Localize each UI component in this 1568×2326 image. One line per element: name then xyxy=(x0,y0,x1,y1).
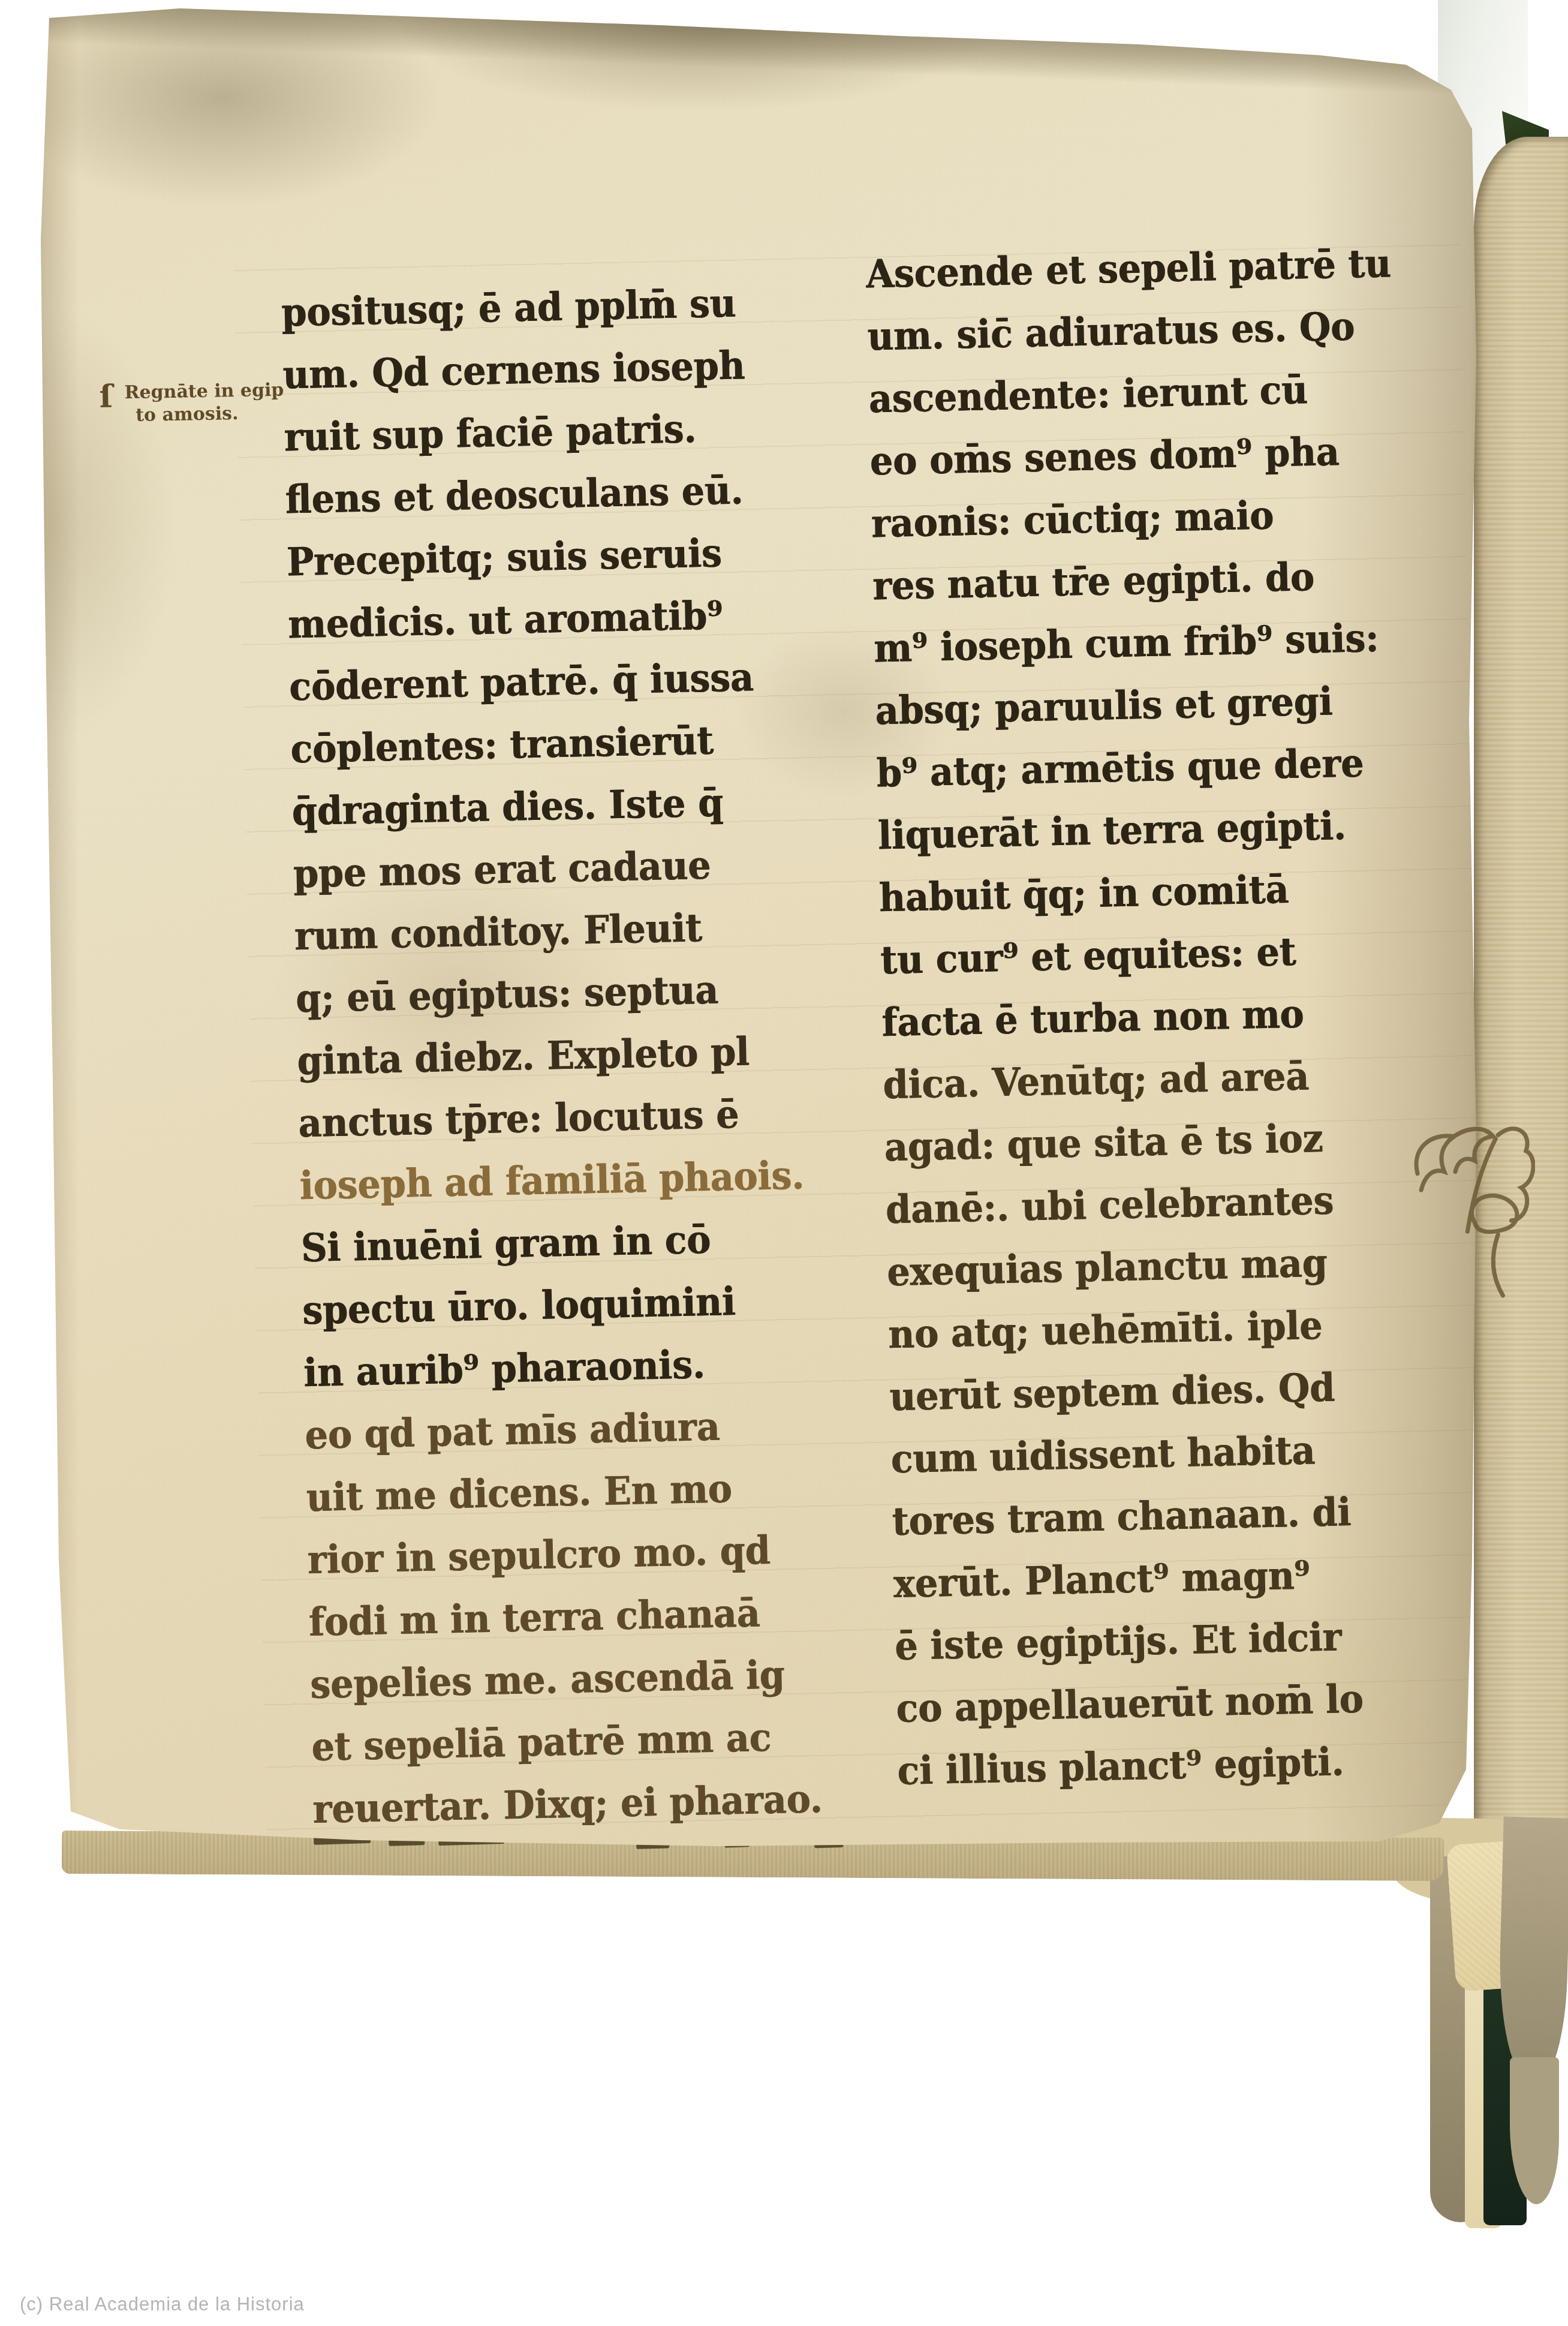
marginal-note-line: to amosis. xyxy=(125,402,287,428)
underlying-leaf-edge xyxy=(1474,137,1568,1835)
manuscript-leaf: ſ Regnāte in egip to amosis. positusq; ē… xyxy=(36,5,1478,1864)
frayed-parchment-scrap xyxy=(1497,1817,1568,2082)
copyright-watermark: (c) Real Academia de la Historia xyxy=(20,2294,305,2315)
manuscript-line: ci illius planct⁹ egipti. xyxy=(896,1726,1473,1805)
text-column-right: Ascende et sepeli patrē tu um. sic̄ adiu… xyxy=(865,232,1473,1803)
marginal-note-line: Regnāte in egip xyxy=(124,379,287,405)
ink-doodle xyxy=(1406,1116,1535,1299)
manuscript-scan: ſ Regnāte in egip to amosis. positusq; ē… xyxy=(0,0,1568,2326)
soiled-top-edge xyxy=(22,0,1534,97)
paragraph-mark-icon: ſ xyxy=(99,378,113,415)
manuscript-line: reuertar. Dixq; ei pharao. xyxy=(312,1764,889,1843)
text-column-left: positusq; ē ad pplm̄ su um. Qd cernens i… xyxy=(281,270,889,1841)
marginal-note: ſ Regnāte in egip to amosis. xyxy=(124,379,287,428)
